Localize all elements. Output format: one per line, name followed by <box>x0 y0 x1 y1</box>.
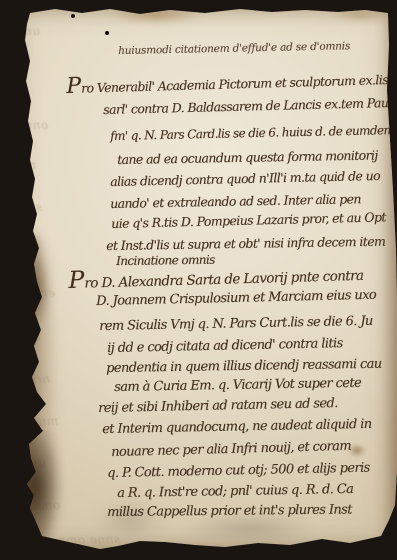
manuscript-line: pendentia in quem illius dicendj reassam… <box>106 357 382 376</box>
bleedthrough-line: omn muriv snne <box>0 330 40 347</box>
wormhole <box>105 31 109 35</box>
manuscript-line: ij dd e codj citata ad dicend' contra li… <box>107 336 343 356</box>
manuscript-line: Pro Venerabil' Academia Pictorum et scul… <box>66 64 397 99</box>
bleedthrough-line: vmne onnus muriv <box>0 243 38 260</box>
manuscript-line: alias dicendj contra quod n'Ill'i m.ta q… <box>110 168 380 189</box>
manuscript-line: q. P. Cott. moderno cut otj; 500 et alij… <box>107 461 370 481</box>
manuscript-line: uie q's R.tis D. Pompeius Lazaris pror, … <box>111 209 386 231</box>
manuscript-line: rem Siculis Vmj q. N. Pars Curt.lis se d… <box>99 314 373 334</box>
manuscript-line: tane ad ea ocuandum questa forma monitor… <box>117 147 378 167</box>
manuscript-line: fm' q. N. Pars Card.lis se die 6. huius … <box>110 123 397 143</box>
manuscript-line: et Interim quandocumq, ne audeat aliquid… <box>102 417 372 437</box>
manuscript-line: reij et sibi Inhiberi ad ratam seu ad se… <box>98 396 338 416</box>
manuscript-line: uando' et extraleando ad sed. Inter alia… <box>110 191 361 211</box>
manuscript-line: a R. q. Inst're cod; pnl' cuius q. R. d.… <box>117 482 353 501</box>
manuscript-line: sarl' contra D. Baldassarem de Lancis ex… <box>103 94 397 117</box>
manuscript-text-layer: huiusmodi citationem d'effud'e ad se d'o… <box>0 0 397 560</box>
manuscript-line: millus Cappellus prior et int's plures I… <box>107 502 352 520</box>
manuscript-line: huiusmodi citationem d'effud'e ad se d'o… <box>118 40 350 57</box>
manuscript-line: nouare nec per alia Infri nouij, et cora… <box>111 439 351 460</box>
manuscript-line: et Inst.d'lis ut supra et obt' nisi infr… <box>106 234 385 253</box>
manuscript-line: sam à Curia Em. q. Vicarij Vot super cet… <box>114 376 361 395</box>
manuscript-page: umne snno muvm ersumonnus vmnes muriv sn… <box>0 0 397 560</box>
wormhole <box>71 14 75 18</box>
photo-background: umne snno muvm ersumonnus vmnes muriv sn… <box>0 0 397 560</box>
